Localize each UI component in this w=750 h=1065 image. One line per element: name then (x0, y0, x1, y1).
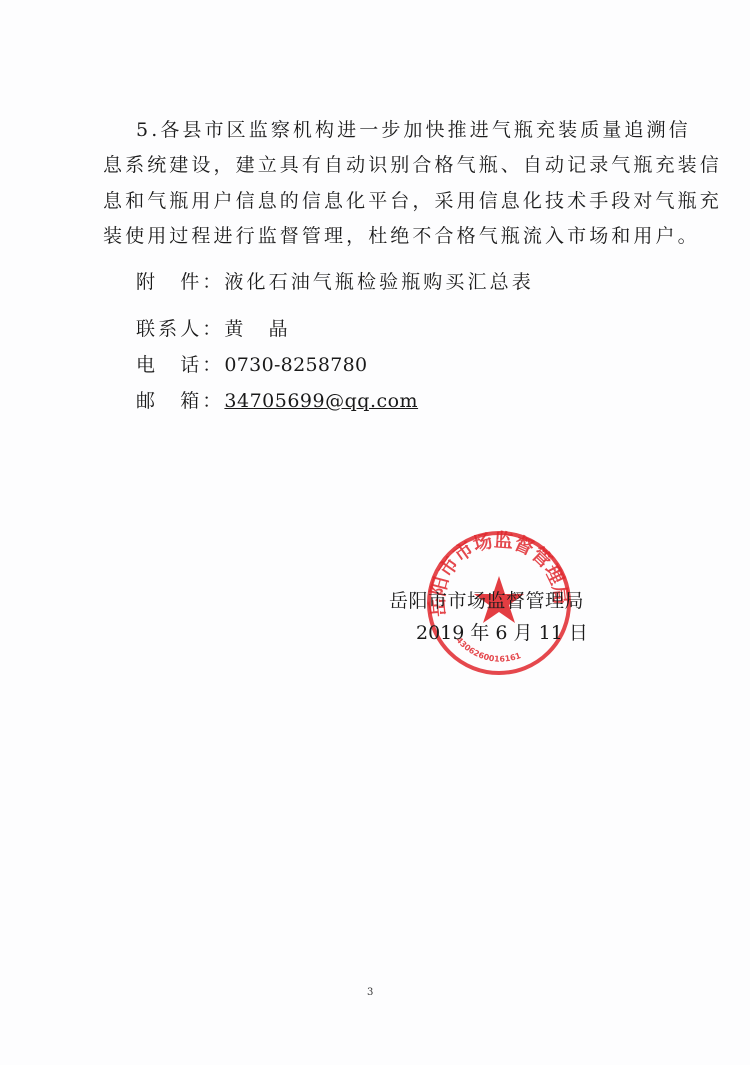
attachment-value: 液化石油气瓶检验瓶购买汇总表 (224, 271, 533, 293)
paragraph-line-3: 息和气瓶用户信息的信息化平台，采用信息化技术手段对气瓶充 (103, 192, 722, 211)
signature-date: 2019 年 6 月 11 日 (416, 624, 588, 643)
contact-email-row: 邮 箱：34705699@qq.com (136, 392, 418, 411)
paragraph-line-4: 装使用过程进行监督管理，杜绝不合格气瓶流入市场和用户。 (103, 227, 700, 246)
contact-phone-row: 电 话：0730-8258780 (136, 356, 367, 375)
attachment-label: 附 件： (136, 273, 224, 292)
attachment-row: 附 件：液化石油气瓶检验瓶购买汇总表 (136, 273, 534, 292)
contact-person-value: 黄 晶 (224, 318, 290, 340)
contact-person-row: 联系人：黄 晶 (136, 320, 291, 339)
page-number: 3 (367, 987, 373, 998)
paragraph-line-2: 息系统建设，建立具有自动识别合格气瓶、自动记录气瓶充装信 (103, 156, 722, 175)
contact-phone-value: 0730-8258780 (224, 354, 367, 376)
contact-phone-label: 电 话： (136, 356, 224, 375)
contact-email-link[interactable]: 34705699@qq.com (224, 390, 418, 412)
contact-person-label: 联系人： (136, 320, 224, 339)
signature-org: 岳阳市市场监督管理局 (389, 592, 584, 611)
paragraph-line-1: 5.各县市区监察机构进一步加快推进气瓶充装质量追溯信 (136, 121, 691, 140)
contact-email-label: 邮 箱： (136, 392, 224, 411)
